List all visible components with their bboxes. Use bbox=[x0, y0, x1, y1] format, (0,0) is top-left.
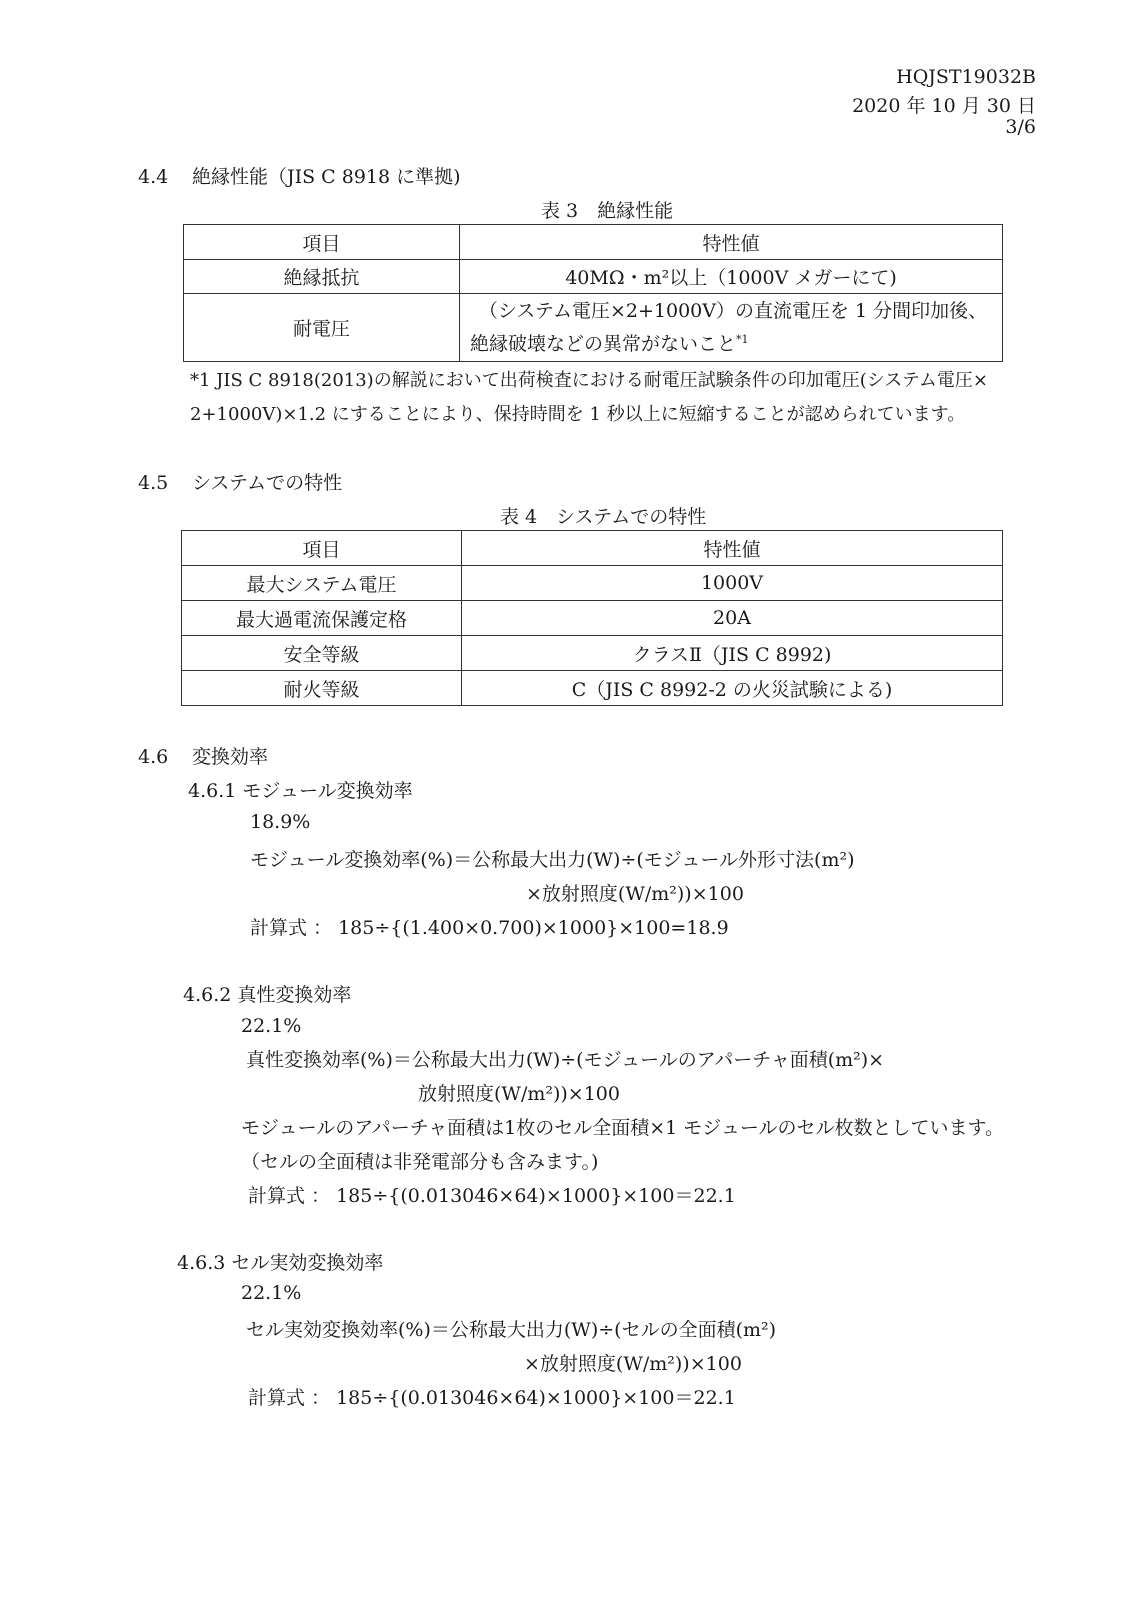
table-row: 最大過電流保護定格 20A bbox=[182, 601, 1003, 636]
note-line: （セルの全面積は非発電部分も含みます。) bbox=[241, 1147, 598, 1174]
subsection-number: 4.6.3 bbox=[177, 1252, 225, 1274]
formula-line: 放射照度(W/m²))×100 bbox=[418, 1079, 620, 1106]
table-cell: 40MΩ・m²以上（1000V メガーにて) bbox=[460, 260, 1003, 294]
section-4-5-heading: 4.5システムでの特性 bbox=[138, 468, 342, 495]
section-number: 4.4 bbox=[138, 166, 192, 188]
table-3-caption: 表 3 絶縁性能 bbox=[541, 196, 673, 223]
formula-line: ×放射照度(W/m²))×100 bbox=[524, 1349, 742, 1376]
formula-line: モジュール変換効率(%)＝公称最大出力(W)÷(モジュール外形寸法(m²) bbox=[250, 845, 855, 872]
calculation-line: 計算式 ： 185÷{(1.400×0.700)×1000}×100=18.9 bbox=[250, 913, 729, 940]
table-header-row: 項目 特性値 bbox=[182, 531, 1003, 566]
efficiency-value: 22.1% bbox=[241, 1015, 301, 1037]
table-3-insulation: 項目 特性値 絶縁抵抗 40MΩ・m²以上（1000V メガーにて) 耐電圧 （… bbox=[183, 224, 1003, 362]
subsection-number: 4.6.2 bbox=[183, 984, 231, 1006]
subsection-4-6-3-heading: 4.6.3 セル実効変換効率 bbox=[177, 1248, 383, 1275]
section-number: 4.5 bbox=[138, 472, 192, 494]
calculation-line: 計算式 ： 185÷{(0.013046×64)×1000}×100＝22.1 bbox=[248, 1181, 736, 1208]
table-cell: 最大過電流保護定格 bbox=[182, 601, 462, 636]
section-4-6-heading: 4.6変換効率 bbox=[138, 742, 268, 769]
subsection-title: 真性変換効率 bbox=[237, 984, 351, 1006]
table-cell: 耐火等級 bbox=[182, 671, 462, 706]
table-row: 耐火等級 C（JIS C 8992-2 の火災試験による) bbox=[182, 671, 1003, 706]
efficiency-value: 22.1% bbox=[241, 1282, 301, 1304]
table-header-cell: 特性値 bbox=[460, 225, 1003, 260]
subsection-4-6-1-heading: 4.6.1 モジュール変換効率 bbox=[188, 776, 413, 803]
footnote-line: 2+1000V)×1.2 にすることにより、保持時間を 1 秒以上に短縮すること… bbox=[190, 398, 965, 432]
table-header-cell: 項目 bbox=[182, 531, 462, 566]
section-number: 4.6 bbox=[138, 746, 192, 768]
document-id: HQJST19032B bbox=[896, 66, 1036, 88]
section-title: 変換効率 bbox=[192, 746, 268, 768]
table-row: 耐電圧 （システム電圧×2+1000V）の直流電圧を 1 分間印加後、 絶縁破壊… bbox=[184, 294, 1003, 362]
efficiency-value: 18.9% bbox=[250, 811, 310, 833]
document-date: 2020 年 10 月 30 日 bbox=[852, 91, 1036, 118]
calculation-line: 計算式 ： 185÷{(0.013046×64)×1000}×100＝22.1 bbox=[248, 1383, 736, 1410]
table-header-cell: 項目 bbox=[184, 225, 460, 260]
section-title: 絶縁性能（JIS C 8918 に準拠) bbox=[192, 166, 461, 188]
section-4-4-heading: 4.4絶縁性能（JIS C 8918 に準拠) bbox=[138, 162, 461, 189]
table-cell: 20A bbox=[462, 601, 1003, 636]
subsection-title: モジュール変換効率 bbox=[242, 780, 412, 802]
table-cell: 1000V bbox=[462, 566, 1003, 601]
table-row: 最大システム電圧 1000V bbox=[182, 566, 1003, 601]
table-4-system: 項目 特性値 最大システム電圧 1000V 最大過電流保護定格 20A 安全等級… bbox=[181, 530, 1003, 706]
subsection-4-6-2-heading: 4.6.2 真性変換効率 bbox=[183, 980, 351, 1007]
table-row: 安全等級 クラスⅡ（JIS C 8992) bbox=[182, 636, 1003, 671]
subsection-number: 4.6.1 bbox=[188, 780, 236, 802]
table-4-caption: 表 4 システムでの特性 bbox=[500, 502, 706, 529]
table-cell: クラスⅡ（JIS C 8992) bbox=[462, 636, 1003, 671]
footnote-marker: *1 bbox=[736, 333, 749, 346]
note-line: モジュールのアパーチャ面積は1枚のセル全面積×1 モジュールのセル枚数としていま… bbox=[241, 1113, 1004, 1140]
formula-line: セル実効変換効率(%)＝公称最大出力(W)÷(セルの全面積(m²) bbox=[246, 1315, 776, 1342]
page-number: 3/6 bbox=[1005, 116, 1036, 138]
table-cell: 最大システム電圧 bbox=[182, 566, 462, 601]
table-cell: C（JIS C 8992-2 の火災試験による) bbox=[462, 671, 1003, 706]
cell-line: （システム電圧×2+1000V）の直流電圧を 1 分間印加後、 bbox=[470, 295, 996, 328]
subsection-title: セル実効変換効率 bbox=[231, 1252, 383, 1274]
table-cell: （システム電圧×2+1000V）の直流電圧を 1 分間印加後、 絶縁破壊などの異… bbox=[460, 294, 1003, 362]
formula-line: ×放射照度(W/m²))×100 bbox=[526, 879, 744, 906]
table-cell: 安全等級 bbox=[182, 636, 462, 671]
table-cell: 絶縁抵抗 bbox=[184, 260, 460, 294]
table-cell: 耐電圧 bbox=[184, 294, 460, 362]
table-header-row: 項目 特性値 bbox=[184, 225, 1003, 260]
footnote-line: *1 JIS C 8918(2013)の解説において出荷検査における耐電圧試験条… bbox=[190, 364, 988, 398]
table-header-cell: 特性値 bbox=[462, 531, 1003, 566]
section-title: システムでの特性 bbox=[192, 472, 342, 494]
formula-line: 真性変換効率(%)＝公称最大出力(W)÷(モジュールのアパーチャ面積(m²)× bbox=[246, 1045, 884, 1072]
table-row: 絶縁抵抗 40MΩ・m²以上（1000V メガーにて) bbox=[184, 260, 1003, 294]
cell-line: 絶縁破壊などの異常がないこと bbox=[470, 333, 736, 355]
